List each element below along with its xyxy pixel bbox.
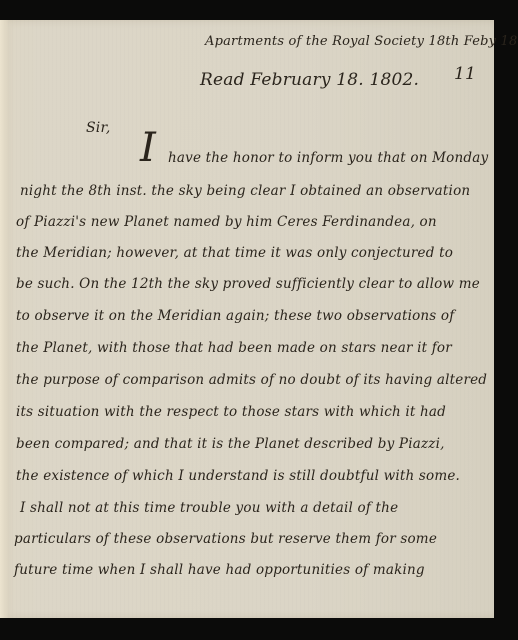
letter-line: be such. On the 12th the sky proved suff… (16, 276, 480, 292)
drop-initial: I (140, 128, 156, 168)
letter-line: I shall not at this time trouble you wit… (20, 500, 398, 516)
letter-line: night the 8th inst. the sky being clear … (20, 183, 470, 199)
address-header: Apartments of the Royal Society 18th Feb… (205, 34, 518, 49)
folio-number: 11 (454, 64, 476, 84)
letter-line: to observe it on the Meridian again; the… (16, 308, 454, 324)
salutation: Sir, (86, 120, 110, 136)
letter-line: the existence of which I understand is s… (16, 468, 460, 484)
manuscript-page: Apartments of the Royal Society 18th Feb… (0, 20, 494, 618)
letter-line: the Planet, with those that had been mad… (16, 340, 452, 356)
letter-line: of Piazzi's new Planet named by him Cere… (16, 214, 437, 230)
letter-line: the purpose of comparison admits of no d… (16, 372, 487, 388)
letter-line: its situation with the respect to those … (16, 404, 446, 420)
letter-line: future time when I shall have had opport… (14, 562, 425, 578)
letter-line: been compared; and that it is the Planet… (16, 436, 445, 452)
read-date-line: Read February 18. 1802. (200, 70, 419, 90)
letter-line: have the honor to inform you that on Mon… (168, 150, 488, 166)
letter-line: particulars of these observations but re… (14, 531, 437, 547)
letter-line: the Meridian; however, at that time it w… (16, 245, 453, 261)
